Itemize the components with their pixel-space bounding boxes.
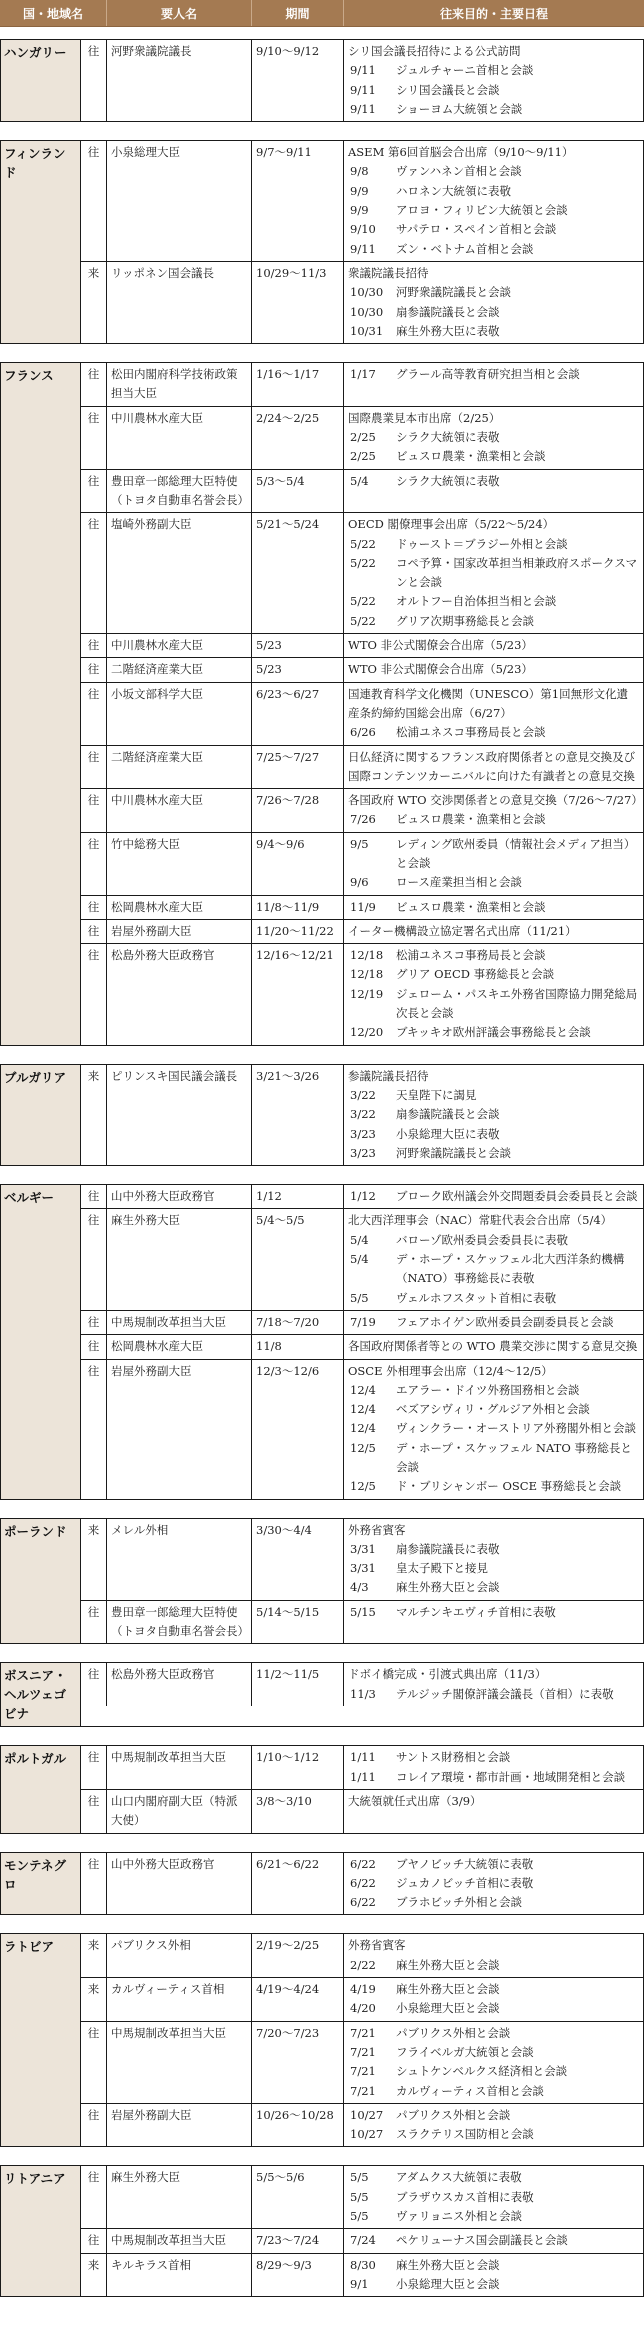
purpose-cell: 外務省賓客3/31扇参議院議長に表敬3/31皇太子殿下と接見4/3麻生外務大臣と… bbox=[344, 1519, 643, 1600]
purpose-cell: 5/5アダムクス大統領に表敬5/5ブラザウスカス首相に表敬5/5ヴァリョニス外相… bbox=[344, 2166, 643, 2228]
direction-cell: 往 bbox=[81, 833, 107, 895]
purpose-cell: 参議院議長招待3/22天皇陛下に謁見3/22扇参議院議長と会談3/23小泉総理大… bbox=[344, 1065, 643, 1165]
schedule-item: 11/9ビュスロ農業・漁業相と会談 bbox=[348, 898, 639, 917]
table-row: 来リッポネン国会議長10/29～11/3衆議院議長招待10/30河野衆議院議長と… bbox=[81, 261, 643, 343]
direction-cell: 往 bbox=[81, 2104, 107, 2147]
direction-cell: 往 bbox=[81, 1209, 107, 1309]
purpose-cell: 1/11サントス財務相と会談1/11コレイア環境・都市計画・地域開発相と会談 bbox=[344, 1746, 643, 1789]
person-cell: 山中外務大臣政務官 bbox=[107, 1853, 252, 1915]
schedule-date: 7/21 bbox=[348, 2062, 396, 2081]
schedule-item: 3/23小泉総理大臣に表敬 bbox=[348, 1125, 639, 1144]
schedule-date: 1/11 bbox=[348, 1768, 396, 1787]
schedule-item: 5/22グリア次期事務総長と会談 bbox=[348, 612, 639, 631]
table-row: 往岩屋外務副大臣10/26～10/2810/27パブリクス外相と会談10/27ス… bbox=[81, 2103, 643, 2147]
direction-cell: 往 bbox=[81, 2166, 107, 2228]
schedule-item: 5/5ヴェルホフスタット首相に表敬 bbox=[348, 1289, 639, 1308]
purpose-summary: 参議院議長招待 bbox=[348, 1067, 639, 1086]
schedule-text: 麻生外務大臣と会談 bbox=[396, 2256, 639, 2275]
person-cell: 松岡農林水産大臣 bbox=[107, 896, 252, 919]
period-cell: 7/26～7/28 bbox=[252, 789, 344, 832]
purpose-cell: 11/9ビュスロ農業・漁業相と会談 bbox=[344, 896, 643, 919]
country-name: ポルトガル bbox=[1, 1746, 81, 1832]
schedule-text: ブローク欧州議会外交問題委員会委員長と会談 bbox=[396, 1187, 639, 1206]
schedule-date: 2/25 bbox=[348, 447, 396, 466]
schedule-date: 3/31 bbox=[348, 1540, 396, 1559]
table-row: 往中川農林水産大臣7/26～7/28各国政府 WTO 交渉関係者との意見交換（7… bbox=[81, 788, 643, 832]
person-cell: 豊田章一郎総理大臣特使（トヨタ自動車名誉会長） bbox=[107, 1601, 252, 1644]
country-block: フィンランド往小泉総理大臣9/7～9/11ASEM 第6回首脳会合出席（9/10… bbox=[0, 140, 644, 344]
schedule-text: パブリクス外相と会談 bbox=[396, 2024, 639, 2043]
period-cell: 9/10～9/12 bbox=[252, 40, 344, 121]
period-cell: 2/19～2/25 bbox=[252, 1934, 344, 1977]
schedule-item: 6/22ジュカノビッチ首相に表敬 bbox=[348, 1874, 639, 1893]
purpose-cell: 9/5レディング欧州委員（情報社会メディア担当）と会談9/6ロース産業担当相と会… bbox=[344, 833, 643, 895]
person-cell: 中馬規制改革担当大臣 bbox=[107, 2229, 252, 2252]
purpose-summary: 衆議院議長招待 bbox=[348, 264, 639, 283]
schedule-date: 8/30 bbox=[348, 2256, 396, 2275]
schedule-item: 1/17グラール高等教育研究担当相と会談 bbox=[348, 365, 639, 384]
period-cell: 10/26～10/28 bbox=[252, 2104, 344, 2147]
purpose-cell: 4/19麻生外務大臣と会談4/20小泉総理大臣と会談 bbox=[344, 1978, 643, 2021]
purpose-cell: ドボイ橋完成・引渡式典出席（11/3）11/3テルジッチ閣僚評議会議長（首相）に… bbox=[344, 1663, 643, 1706]
schedule-item: 10/30河野衆議院議長と会談 bbox=[348, 283, 639, 302]
purpose-summary: イーター機構設立協定署名式出席（11/21） bbox=[348, 922, 639, 941]
country-table: ハンガリー往河野衆議院議長9/10～9/12シリ国会議長招待による公式訪問9/1… bbox=[0, 39, 644, 2297]
person-cell: 豊田章一郎総理大臣特使（トヨタ自動車名誉会長） bbox=[107, 470, 252, 513]
schedule-item: 1/11サントス財務相と会談 bbox=[348, 1748, 639, 1767]
schedule-item: 7/19フェアホイゲン欧州委員会副委員長と会談 bbox=[348, 1313, 639, 1332]
schedule-text: ブキッキオ欧州評議会事務総長と会談 bbox=[396, 1023, 639, 1042]
period-cell: 7/20～7/23 bbox=[252, 2022, 344, 2103]
purpose-cell: 各国政府 WTO 交渉関係者との意見交換（7/26～7/27）7/26ビュスロ農… bbox=[344, 789, 643, 832]
country-block: ラトビア来パブリクス外相2/19～2/25外務省賓客2/22麻生外務大臣と会談来… bbox=[0, 1933, 644, 2147]
table-row: 往小坂文部科学大臣6/23～6/27国連教育科学文化機関（UNESCO）第1回無… bbox=[81, 682, 643, 745]
schedule-item: 9/6ロース産業担当相と会談 bbox=[348, 873, 639, 892]
schedule-date: 9/11 bbox=[348, 81, 396, 100]
person-cell: 岩屋外務副大臣 bbox=[107, 920, 252, 943]
person-cell: 松岡農林水産大臣 bbox=[107, 1335, 252, 1358]
schedule-text: シラク大統領に表敬 bbox=[396, 472, 639, 491]
schedule-item: 7/21シュトケンベルクス経済相と会談 bbox=[348, 2062, 639, 2081]
direction-cell: 往 bbox=[81, 1853, 107, 1915]
direction-cell: 往 bbox=[81, 1311, 107, 1334]
schedule-text: ズン・ベトナム首相と会談 bbox=[396, 240, 639, 259]
purpose-cell: 5/15マルチンキエヴィチ首相に表敬 bbox=[344, 1601, 643, 1644]
schedule-item: 5/15マルチンキエヴィチ首相に表敬 bbox=[348, 1603, 639, 1622]
direction-cell: 往 bbox=[81, 634, 107, 657]
schedule-date: 3/22 bbox=[348, 1105, 396, 1124]
person-cell: 塩崎外務副大臣 bbox=[107, 513, 252, 633]
direction-cell: 往 bbox=[81, 1601, 107, 1644]
schedule-text: シュトケンベルクス経済相と会談 bbox=[396, 2062, 639, 2081]
schedule-date: 9/9 bbox=[348, 201, 396, 220]
purpose-cell: 8/30麻生外務大臣と会談9/1小泉総理大臣と会談 bbox=[344, 2254, 643, 2297]
schedule-date: 4/3 bbox=[348, 1578, 396, 1597]
schedule-date: 10/27 bbox=[348, 2125, 396, 2144]
schedule-item: 5/4デ・ホープ・スケッフェル北大西洋条約機構（NATO）事務総長に表敬 bbox=[348, 1250, 639, 1289]
schedule-text: コペ予算・国家改革担当相兼政府スポークスマンと会談 bbox=[396, 554, 639, 593]
schedule-item: 5/22オルトフー自治体担当相と会談 bbox=[348, 592, 639, 611]
schedule-item: 2/25シラク大統領に表敬 bbox=[348, 428, 639, 447]
header-person: 要人名 bbox=[107, 0, 252, 26]
table-row: 往中馬規制改革担当大臣7/23～7/247/24ペケリューナス国会副議長と会談 bbox=[81, 2228, 643, 2252]
purpose-cell: 7/24ペケリューナス国会副議長と会談 bbox=[344, 2229, 643, 2252]
schedule-text: 松浦ユネスコ事務局長と会談 bbox=[396, 946, 639, 965]
schedule-item: 4/20小泉総理大臣と会談 bbox=[348, 1999, 639, 2018]
person-cell: 岩屋外務副大臣 bbox=[107, 2104, 252, 2147]
country-name: ポーランド bbox=[1, 1519, 81, 1644]
schedule-date: 9/6 bbox=[348, 873, 396, 892]
person-cell: 松島外務大臣政務官 bbox=[107, 1663, 252, 1706]
person-cell: キルキラス首相 bbox=[107, 2254, 252, 2297]
schedule-item: 9/11ジュルチャーニ首相と会談 bbox=[348, 61, 639, 80]
period-cell: 5/23 bbox=[252, 658, 344, 681]
period-cell: 12/3～12/6 bbox=[252, 1360, 344, 1499]
schedule-item: 12/18グリア OECD 事務総長と会談 bbox=[348, 965, 639, 984]
purpose-summary: 外務省賓客 bbox=[348, 1521, 639, 1540]
direction-cell: 往 bbox=[81, 2229, 107, 2252]
country-block: ポルトガル往中馬規制改革担当大臣1/10～1/121/11サントス財務相と会談1… bbox=[0, 1745, 644, 1833]
person-cell: 中馬規制改革担当大臣 bbox=[107, 1746, 252, 1789]
period-cell: 11/8 bbox=[252, 1335, 344, 1358]
period-cell: 9/4～9/6 bbox=[252, 833, 344, 895]
schedule-item: 5/5ヴァリョニス外相と会談 bbox=[348, 2207, 639, 2226]
person-cell: 二階経済産業大臣 bbox=[107, 746, 252, 789]
schedule-item: 9/8ヴァンハネン首相と会談 bbox=[348, 162, 639, 181]
purpose-cell: 5/4シラク大統領に表敬 bbox=[344, 470, 643, 513]
schedule-item: 5/4シラク大統領に表敬 bbox=[348, 472, 639, 491]
schedule-date: 1/17 bbox=[348, 365, 396, 384]
schedule-date: 7/21 bbox=[348, 2082, 396, 2101]
table-row: 来ピリンスキ国民議会議長3/21～3/26参議院議長招待3/22天皇陛下に謁見3… bbox=[81, 1065, 643, 1165]
schedule-item: 9/9アロヨ・フィリピン大統領と会談 bbox=[348, 201, 639, 220]
period-cell: 1/10～1/12 bbox=[252, 1746, 344, 1789]
schedule-text: フェアホイゲン欧州委員会副委員長と会談 bbox=[396, 1313, 639, 1332]
schedule-date: 9/11 bbox=[348, 240, 396, 259]
table-row: 往松岡農林水産大臣11/8～11/911/9ビュスロ農業・漁業相と会談 bbox=[81, 895, 643, 919]
schedule-date: 9/9 bbox=[348, 182, 396, 201]
purpose-summary: WTO 非公式閣僚会合出席（5/23） bbox=[348, 660, 639, 679]
schedule-text: グリア OECD 事務総長と会談 bbox=[396, 965, 639, 984]
schedule-item: 7/26ビュスロ農業・漁業相と会談 bbox=[348, 810, 639, 829]
schedule-text: ビュスロ農業・漁業相と会談 bbox=[396, 810, 639, 829]
schedule-text: 小泉総理大臣と会談 bbox=[396, 2275, 639, 2294]
schedule-item: 2/25ビュスロ農業・漁業相と会談 bbox=[348, 447, 639, 466]
schedule-item: 6/22ブヤノビッチ大統領に表敬 bbox=[348, 1855, 639, 1874]
schedule-text: シリ国会議長と会談 bbox=[396, 81, 639, 100]
schedule-date: 6/22 bbox=[348, 1855, 396, 1874]
purpose-summary: OECD 閣僚理事会出席（5/22～5/24） bbox=[348, 515, 639, 534]
table-row: 往中馬規制改革担当大臣7/18～7/207/19フェアホイゲン欧州委員会副委員長… bbox=[81, 1310, 643, 1334]
purpose-cell: 12/18松浦ユネスコ事務局長と会談12/18グリア OECD 事務総長と会談1… bbox=[344, 944, 643, 1044]
schedule-date: 6/22 bbox=[348, 1893, 396, 1912]
schedule-text: テルジッチ閣僚評議会議長（首相）に表敬 bbox=[396, 1685, 639, 1704]
schedule-text: 麻生外務大臣と会談 bbox=[396, 1578, 639, 1597]
schedule-item: 1/12ブローク欧州議会外交問題委員会委員長と会談 bbox=[348, 1187, 639, 1206]
schedule-date: 5/22 bbox=[348, 612, 396, 631]
person-cell: 麻生外務大臣 bbox=[107, 2166, 252, 2228]
schedule-date: 7/21 bbox=[348, 2024, 396, 2043]
period-cell: 3/30～4/4 bbox=[252, 1519, 344, 1600]
person-cell: 山口内閣府副大臣（特派大使） bbox=[107, 1790, 252, 1833]
schedule-date: 10/27 bbox=[348, 2106, 396, 2125]
person-cell: 岩屋外務副大臣 bbox=[107, 1360, 252, 1499]
schedule-date: 9/5 bbox=[348, 835, 396, 874]
schedule-text: 扇参議院議長と会談 bbox=[396, 1105, 639, 1124]
schedule-date: 9/8 bbox=[348, 162, 396, 181]
schedule-item: 9/1小泉総理大臣と会談 bbox=[348, 2275, 639, 2294]
schedule-text: 扇参議院議長と会談 bbox=[396, 303, 639, 322]
schedule-text: バローゾ欧州委員会委員長に表敬 bbox=[396, 1231, 639, 1250]
period-cell: 11/2～11/5 bbox=[252, 1663, 344, 1706]
direction-cell: 往 bbox=[81, 363, 107, 406]
schedule-item: 9/11ショーヨム大統領と会談 bbox=[348, 100, 639, 119]
period-cell: 5/23 bbox=[252, 634, 344, 657]
table-row: 来メレル外相3/30～4/4外務省賓客3/31扇参議院議長に表敬3/31皇太子殿… bbox=[81, 1519, 643, 1600]
schedule-item: 9/11シリ国会議長と会談 bbox=[348, 81, 639, 100]
person-cell: メレル外相 bbox=[107, 1519, 252, 1600]
table-row: 往松田内閣府科学技術政策担当大臣1/16～1/171/17グラール高等教育研究担… bbox=[81, 363, 643, 406]
schedule-date: 3/22 bbox=[348, 1086, 396, 1105]
schedule-item: 3/31扇参議院議長に表敬 bbox=[348, 1540, 639, 1559]
country-name: フランス bbox=[1, 363, 81, 1045]
period-cell: 9/7～9/11 bbox=[252, 141, 344, 261]
table-row: 往中馬規制改革担当大臣7/20～7/237/21パブリクス外相と会談7/21フラ… bbox=[81, 2021, 643, 2103]
schedule-item: 2/22麻生外務大臣と会談 bbox=[348, 1956, 639, 1975]
schedule-item: 5/5アダムクス大統領に表敬 bbox=[348, 2168, 639, 2187]
purpose-cell: 1/12ブローク欧州議会外交問題委員会委員長と会談 bbox=[344, 1185, 643, 1208]
schedule-text: ビュスロ農業・漁業相と会談 bbox=[396, 898, 639, 917]
table-row: 往麻生外務大臣5/5～5/65/5アダムクス大統領に表敬5/5ブラザウスカス首相… bbox=[81, 2166, 643, 2228]
schedule-item: 1/11コレイア環境・都市計画・地域開発相と会談 bbox=[348, 1768, 639, 1787]
country-name: モンテネグロ bbox=[1, 1853, 81, 1915]
country-name: ブルガリア bbox=[1, 1065, 81, 1165]
schedule-text: グリア次期事務総長と会談 bbox=[396, 612, 639, 631]
schedule-item: 4/19麻生外務大臣と会談 bbox=[348, 1980, 639, 1999]
purpose-cell: 7/21パブリクス外相と会談7/21フライベルガ大統領と会談7/21シュトケンベ… bbox=[344, 2022, 643, 2103]
period-cell: 5/21～5/24 bbox=[252, 513, 344, 633]
period-cell: 10/29～11/3 bbox=[252, 262, 344, 343]
schedule-item: 12/4ヴィンクラー・オーストリア外務閣外相と会談 bbox=[348, 1419, 639, 1438]
period-cell: 7/18～7/20 bbox=[252, 1311, 344, 1334]
header-purpose: 往来目的・主要日程 bbox=[344, 0, 644, 26]
schedule-date: 5/22 bbox=[348, 592, 396, 611]
schedule-text: ベズアシヴィリ・グルジア外相と会談 bbox=[396, 1400, 639, 1419]
purpose-cell: 国連教育科学文化機関（UNESCO）第1回無形文化遺産条約締約国総会出席（6/2… bbox=[344, 683, 643, 745]
schedule-date: 12/5 bbox=[348, 1477, 396, 1496]
schedule-text: サントス財務相と会談 bbox=[396, 1748, 639, 1767]
table-row: 往岩屋外務副大臣11/20～11/22イーター機構設立協定署名式出席（11/21… bbox=[81, 919, 643, 943]
purpose-cell: OSCE 外相理事会出席（12/4～12/5）12/4エアラー・ドイツ外務国務相… bbox=[344, 1360, 643, 1499]
purpose-summary: 各国政府 WTO 交渉関係者との意見交換（7/26～7/27） bbox=[348, 791, 639, 810]
table-row: 往山口内閣府副大臣（特派大使）3/8～3/10大統領就任式出席（3/9） bbox=[81, 1789, 643, 1833]
purpose-summary: シリ国会議長招待による公式訪問 bbox=[348, 42, 639, 61]
country-name: ハンガリー bbox=[1, 40, 81, 121]
direction-cell: 往 bbox=[81, 1360, 107, 1499]
schedule-date: 5/5 bbox=[348, 2207, 396, 2226]
schedule-text: アロヨ・フィリピン大統領と会談 bbox=[396, 201, 639, 220]
person-cell: 中川農林水産大臣 bbox=[107, 407, 252, 469]
purpose-cell: 北大西洋理事会（NAC）常駐代表会合出席（5/4）5/4バローゾ欧州委員会委員長… bbox=[344, 1209, 643, 1309]
direction-cell: 来 bbox=[81, 1934, 107, 1977]
direction-cell: 往 bbox=[81, 40, 107, 121]
table-header: 国・地域名 要人名 期間 往来目的・主要日程 bbox=[0, 0, 644, 27]
schedule-date: 3/23 bbox=[348, 1144, 396, 1163]
schedule-date: 12/18 bbox=[348, 965, 396, 984]
schedule-text: 麻生外務大臣と会談 bbox=[396, 1956, 639, 1975]
country-block: モンテネグロ往山中外務大臣政務官6/21～6/226/22ブヤノビッチ大統領に表… bbox=[0, 1852, 644, 1916]
person-cell: 竹中総務大臣 bbox=[107, 833, 252, 895]
purpose-cell: ASEM 第6回首脳会合出席（9/10～9/11）9/8ヴァンハネン首相と会談9… bbox=[344, 141, 643, 261]
schedule-text: ヴェルホフスタット首相に表敬 bbox=[396, 1289, 639, 1308]
schedule-text: デ・ホープ・スケッフェル NATO 事務総長と会談 bbox=[396, 1439, 639, 1478]
schedule-item: 12/4ベズアシヴィリ・グルジア外相と会談 bbox=[348, 1400, 639, 1419]
schedule-date: 12/18 bbox=[348, 946, 396, 965]
purpose-summary: 日仏経済に関するフランス政府関係者との意見交換及び国際コンテンツカーニバルに向け… bbox=[348, 748, 639, 787]
purpose-summary: ASEM 第6回首脳会合出席（9/10～9/11） bbox=[348, 143, 639, 162]
schedule-date: 12/4 bbox=[348, 1400, 396, 1419]
period-cell: 2/24～2/25 bbox=[252, 407, 344, 469]
table-row: 往山中外務大臣政務官6/21～6/226/22ブヤノビッチ大統領に表敬6/22ジ… bbox=[81, 1853, 643, 1915]
person-cell: 麻生外務大臣 bbox=[107, 1209, 252, 1309]
period-cell: 11/8～11/9 bbox=[252, 896, 344, 919]
period-cell: 1/12 bbox=[252, 1185, 344, 1208]
schedule-item: 7/21パブリクス外相と会談 bbox=[348, 2024, 639, 2043]
table-row: 来カルヴィーティス首相4/19～4/244/19麻生外務大臣と会談4/20小泉総… bbox=[81, 1977, 643, 2021]
purpose-summary: 大統領就任式出席（3/9） bbox=[348, 1792, 639, 1811]
schedule-item: 3/23河野衆議院議長と会談 bbox=[348, 1144, 639, 1163]
direction-cell: 来 bbox=[81, 262, 107, 343]
schedule-item: 12/20ブキッキオ欧州評議会事務総長と会談 bbox=[348, 1023, 639, 1042]
schedule-date: 5/22 bbox=[348, 554, 396, 593]
country-name: ベルギー bbox=[1, 1185, 81, 1498]
schedule-date: 12/4 bbox=[348, 1419, 396, 1438]
schedule-text: 小泉総理大臣と会談 bbox=[396, 1999, 639, 2018]
purpose-cell: 国際農業見本市出席（2/25）2/25シラク大統領に表敬2/25ビュスロ農業・漁… bbox=[344, 407, 643, 469]
schedule-date: 5/15 bbox=[348, 1603, 396, 1622]
schedule-date: 9/10 bbox=[348, 220, 396, 239]
table-row: 来パブリクス外相2/19～2/25外務省賓客2/22麻生外務大臣と会談 bbox=[81, 1934, 643, 1977]
schedule-text: ビュスロ農業・漁業相と会談 bbox=[396, 447, 639, 466]
schedule-date: 6/26 bbox=[348, 723, 396, 742]
schedule-item: 3/22天皇陛下に謁見 bbox=[348, 1086, 639, 1105]
schedule-item: 12/19ジェローム・パスキエ外務省国際協力開発総局次長と会談 bbox=[348, 985, 639, 1024]
purpose-summary: 外務省賓客 bbox=[348, 1936, 639, 1955]
period-cell: 7/23～7/24 bbox=[252, 2229, 344, 2252]
period-cell: 5/4～5/5 bbox=[252, 1209, 344, 1309]
schedule-item: 9/10サパテロ・スペイン首相と会談 bbox=[348, 220, 639, 239]
person-cell: 河野衆議院議長 bbox=[107, 40, 252, 121]
person-cell: 中馬規制改革担当大臣 bbox=[107, 2022, 252, 2103]
schedule-item: 5/22ドゥースト＝ブラジー外相と会談 bbox=[348, 535, 639, 554]
table-row: 往豊田章一郎総理大臣特使（トヨタ自動車名誉会長）5/3～5/45/4シラク大統領… bbox=[81, 469, 643, 513]
table-row: 往中川農林水産大臣5/23WTO 非公式閣僚会合出席（5/23） bbox=[81, 633, 643, 657]
schedule-text: ジュカノビッチ首相に表敬 bbox=[396, 1874, 639, 1893]
table-row: 往松岡農林水産大臣11/8各国政府関係者等との WTO 農業交渉に関する意見交換 bbox=[81, 1334, 643, 1358]
schedule-text: レディング欧州委員（情報社会メディア担当）と会談 bbox=[396, 835, 639, 874]
schedule-item: 12/4エアラー・ドイツ外務国務相と会談 bbox=[348, 1381, 639, 1400]
schedule-date: 11/3 bbox=[348, 1685, 396, 1704]
direction-cell: 往 bbox=[81, 1335, 107, 1358]
table-row: 往山中外務大臣政務官1/121/12ブローク欧州議会外交問題委員会委員長と会談 bbox=[81, 1185, 643, 1208]
purpose-cell: 衆議院議長招待10/30河野衆議院議長と会談10/30扇参議院議長と会談10/3… bbox=[344, 262, 643, 343]
schedule-text: 麻生外務大臣に表敬 bbox=[396, 322, 639, 341]
period-cell: 6/23～6/27 bbox=[252, 683, 344, 745]
period-cell: 8/29～9/3 bbox=[252, 2254, 344, 2297]
table-row: 来キルキラス首相8/29～9/38/30麻生外務大臣と会談9/1小泉総理大臣と会… bbox=[81, 2253, 643, 2297]
schedule-item: 10/30扇参議院議長と会談 bbox=[348, 303, 639, 322]
schedule-text: 河野衆議院議長と会談 bbox=[396, 283, 639, 302]
country-block: ボスニア・ヘルツェゴビナ往松島外務大臣政務官11/2～11/5ドボイ橋完成・引渡… bbox=[0, 1662, 644, 1727]
country-name: リトアニア bbox=[1, 2166, 81, 2296]
schedule-date: 5/4 bbox=[348, 1231, 396, 1250]
direction-cell: 来 bbox=[81, 1065, 107, 1165]
schedule-date: 9/1 bbox=[348, 2275, 396, 2294]
purpose-cell: 各国政府関係者等との WTO 農業交渉に関する意見交換 bbox=[344, 1335, 643, 1358]
schedule-item: 9/9ハロネン大統領に表敬 bbox=[348, 182, 639, 201]
direction-cell: 往 bbox=[81, 1746, 107, 1789]
schedule-date: 10/30 bbox=[348, 303, 396, 322]
schedule-item: 12/5デ・ホープ・スケッフェル NATO 事務総長と会談 bbox=[348, 1439, 639, 1478]
period-cell: 1/16～1/17 bbox=[252, 363, 344, 406]
direction-cell: 往 bbox=[81, 920, 107, 943]
country-block: フランス往松田内閣府科学技術政策担当大臣1/16～1/171/17グラール高等教… bbox=[0, 362, 644, 1046]
direction-cell: 往 bbox=[81, 789, 107, 832]
purpose-cell: 大統領就任式出席（3/9） bbox=[344, 1790, 643, 1833]
purpose-summary: OSCE 外相理事会出席（12/4～12/5） bbox=[348, 1362, 639, 1381]
person-cell: 中川農林水産大臣 bbox=[107, 789, 252, 832]
schedule-date: 1/12 bbox=[348, 1187, 396, 1206]
purpose-summary: 国際農業見本市出席（2/25） bbox=[348, 409, 639, 428]
schedule-text: 河野衆議院議長と会談 bbox=[396, 1144, 639, 1163]
direction-cell: 往 bbox=[81, 513, 107, 633]
schedule-date: 3/23 bbox=[348, 1125, 396, 1144]
purpose-cell: 7/19フェアホイゲン欧州委員会副委員長と会談 bbox=[344, 1311, 643, 1334]
country-name: ラトビア bbox=[1, 1934, 81, 2146]
direction-cell: 来 bbox=[81, 2254, 107, 2297]
schedule-date: 12/4 bbox=[348, 1381, 396, 1400]
schedule-item: 7/21フライベルガ大統領と会談 bbox=[348, 2043, 639, 2062]
schedule-text: 麻生外務大臣と会談 bbox=[396, 1980, 639, 1999]
schedule-text: スラクテリス国防相と会談 bbox=[396, 2125, 639, 2144]
schedule-date: 7/24 bbox=[348, 2231, 396, 2250]
schedule-text: 扇参議院議長に表敬 bbox=[396, 1540, 639, 1559]
schedule-text: コレイア環境・都市計画・地域開発相と会談 bbox=[396, 1768, 639, 1787]
schedule-text: ジェローム・パスキエ外務省国際協力開発総局次長と会談 bbox=[396, 985, 639, 1024]
purpose-summary: ドボイ橋完成・引渡式典出席（11/3） bbox=[348, 1665, 639, 1684]
schedule-date: 5/4 bbox=[348, 472, 396, 491]
schedule-item: 5/4バローゾ欧州委員会委員長に表敬 bbox=[348, 1231, 639, 1250]
schedule-text: ハロネン大統領に表敬 bbox=[396, 182, 639, 201]
direction-cell: 往 bbox=[81, 1663, 107, 1706]
schedule-date: 4/19 bbox=[348, 1980, 396, 1999]
period-cell: 11/20～11/22 bbox=[252, 920, 344, 943]
schedule-date: 1/11 bbox=[348, 1748, 396, 1767]
schedule-text: アダムクス大統領に表敬 bbox=[396, 2168, 639, 2187]
direction-cell: 往 bbox=[81, 1185, 107, 1208]
person-cell: カルヴィーティス首相 bbox=[107, 1978, 252, 2021]
purpose-summary: 国連教育科学文化機関（UNESCO）第1回無形文化遺産条約締約国総会出席（6/2… bbox=[348, 685, 639, 724]
schedule-text: 皇太子殿下と接見 bbox=[396, 1559, 639, 1578]
direction-cell: 往 bbox=[81, 944, 107, 1044]
table-row: 往松島外務大臣政務官11/2～11/5ドボイ橋完成・引渡式典出席（11/3）11… bbox=[81, 1663, 643, 1706]
purpose-cell: WTO 非公式閣僚会合出席（5/23） bbox=[344, 658, 643, 681]
schedule-date: 7/21 bbox=[348, 2043, 396, 2062]
direction-cell: 往 bbox=[81, 683, 107, 745]
schedule-text: 松浦ユネスコ事務局長と会談 bbox=[396, 723, 639, 742]
period-cell: 7/25～7/27 bbox=[252, 746, 344, 789]
person-cell: 松田内閣府科学技術政策担当大臣 bbox=[107, 363, 252, 406]
